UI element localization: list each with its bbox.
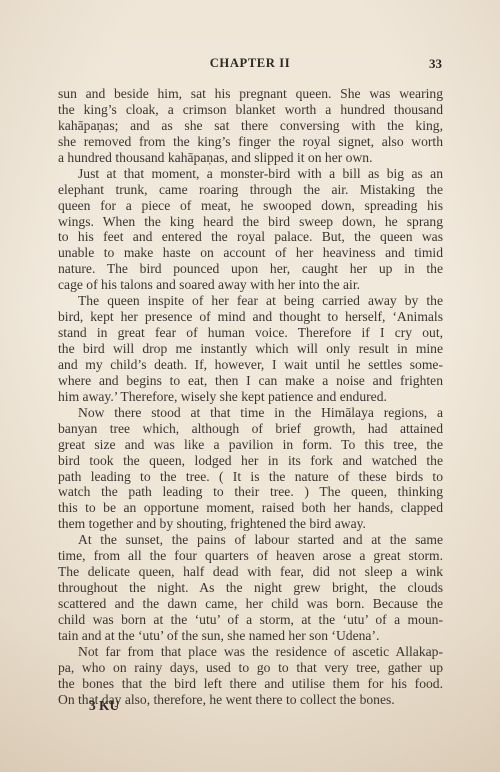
text-line: bird took the queen, lodged her in its f… [58, 453, 443, 469]
text-line: him away.’ Therefore, wisely she kept pa… [58, 389, 443, 405]
text-line: she removed from the king’s finger the r… [58, 134, 443, 150]
text-line: wings. When the king heard the bird swee… [58, 214, 443, 230]
signature-mark: 3 KU [89, 698, 119, 714]
text-line: cage of his talons and soared away with … [58, 277, 443, 293]
text-line: the bones that the bird left there and u… [58, 676, 443, 692]
text-line: the bird will drop me instantly which wi… [58, 341, 443, 357]
text-line: At the sunset, the pains of labour start… [58, 532, 443, 548]
text-line: tain and at the ‘utu’ of the sun, she na… [58, 628, 443, 644]
text-line: path leading to the tree. ( It is the na… [58, 469, 443, 485]
chapter-title: CHAPTER II [58, 56, 442, 71]
text-line: throughout the night. As the night grew … [58, 580, 443, 596]
text-line: watch the path leading to their tree. ) … [58, 484, 443, 500]
text-line: bird, kept her presence of mind and thou… [58, 309, 443, 325]
text-line: The queen inspite of her fear at being c… [58, 293, 443, 309]
text-line: scattered and the dawn came, her child w… [58, 596, 443, 612]
text-line: unable to make haste on account of her h… [58, 245, 443, 261]
running-head: CHAPTER II 33 [58, 56, 442, 74]
text-line: The delicate queen, half dead with fear,… [58, 564, 443, 580]
body-text: sun and beside him, sat his pregnant que… [58, 86, 443, 708]
text-line: stand in great fear of human voice. Ther… [58, 325, 443, 341]
text-line: queen for a piece of meat, he swooped do… [58, 198, 443, 214]
text-line: banyan tree which, although of brief gro… [58, 421, 443, 437]
paragraph: The queen inspite of her fear at being c… [58, 293, 443, 405]
text-line: Not far from that place was the residenc… [58, 644, 443, 660]
text-line: Just at that moment, a monster-bird with… [58, 166, 443, 182]
paragraph: sun and beside him, sat his pregnant que… [58, 86, 443, 166]
text-line: time, from all the four quarters of heav… [58, 548, 443, 564]
text-line: pa, who on rainy days, used to go to tha… [58, 660, 443, 676]
paragraph: At the sunset, the pains of labour start… [58, 532, 443, 644]
text-line: Now there stood at that time in the Himā… [58, 405, 443, 421]
text-line: them together and by shouting, frightene… [58, 516, 443, 532]
paragraph: Now there stood at that time in the Himā… [58, 405, 443, 533]
book-page: CHAPTER II 33 sun and beside him, sat hi… [0, 0, 500, 772]
text-line: the king’s cloak, a crimson blanket wort… [58, 102, 443, 118]
paragraph: Just at that moment, a monster-bird with… [58, 166, 443, 294]
text-line: sun and beside him, sat his pregnant que… [58, 86, 443, 102]
text-line: and my child’s death. If, however, I wai… [58, 357, 443, 373]
text-line: great size and was like a pavilion in fo… [58, 437, 443, 453]
text-line: nature. The bird pounced upon her, caugh… [58, 261, 443, 277]
text-line: where and begins to eat, then I can make… [58, 373, 443, 389]
text-line: kahāpaṇas; and as she sat there conversi… [58, 118, 443, 134]
text-line: a hundred thousand kahāpaṇas, and slippe… [58, 150, 443, 166]
text-line: this to be an opportune moment, raised b… [58, 500, 443, 516]
text-line: elephant trunk, came roaring through the… [58, 182, 443, 198]
text-line: child was born at the ‘utu’ of a storm, … [58, 612, 443, 628]
page-number: 33 [429, 56, 442, 72]
text-line: to his feet and entered the royal palace… [58, 229, 443, 245]
